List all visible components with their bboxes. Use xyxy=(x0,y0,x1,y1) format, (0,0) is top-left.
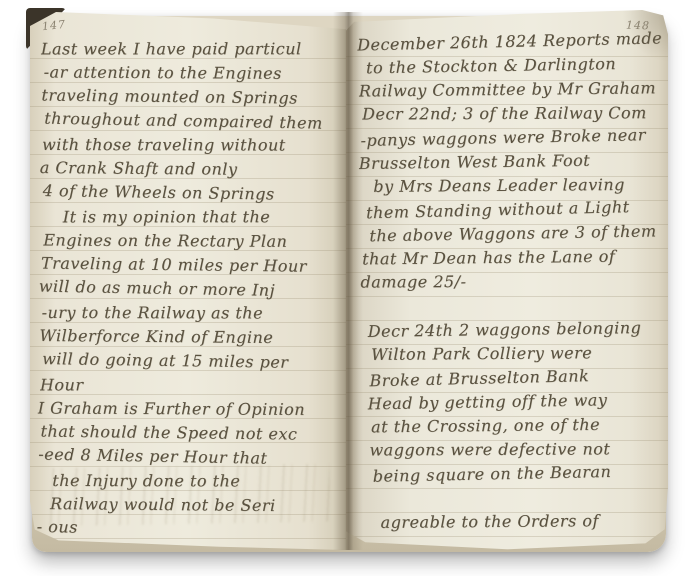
page-number-left: 147 xyxy=(41,18,66,33)
handwritten-line: a Crank Shaft and only xyxy=(40,156,343,183)
left-page: 147 Last week I have paid particul-ar at… xyxy=(30,12,346,550)
handwritten-line: Railway Committee by Mr Graham xyxy=(359,76,668,103)
handwritten-line: 4 of the Wheels on Springs xyxy=(42,179,345,208)
handwritten-line: will do as much or more Inj xyxy=(39,275,342,304)
handwritten-line: Wilberforce Kind of Engine xyxy=(39,324,342,351)
handwritten-line: agreable to the Orders of xyxy=(364,509,668,535)
handwritten-line: Last week I have paid particul xyxy=(41,37,344,61)
handwritten-line: Hour xyxy=(40,373,343,397)
handwritten-line: I Graham is Further of Opinion xyxy=(38,396,341,422)
page-number-right: 148 xyxy=(626,19,650,33)
ink-bleed-through xyxy=(40,463,331,526)
handwritten-line: will do going at 15 miles per xyxy=(42,347,345,376)
handwritten-line: -ury to the Railway as the xyxy=(42,301,345,326)
right-page-text: December 26th 1824 Reports made to the S… xyxy=(359,28,668,536)
photo-background: 147 Last week I have paid particul-ar at… xyxy=(0,0,700,576)
handwritten-line: that Mr Dean has the Lane of xyxy=(362,244,668,271)
handwritten-line: at the Crossing, one of the xyxy=(365,412,668,439)
handwritten-line: It is my opinion that the xyxy=(40,205,343,229)
handwritten-line: Brusselton West Bank Foot xyxy=(359,148,668,176)
handwritten-line: Decr 24th 2 waggons belonging xyxy=(362,316,668,344)
handwritten-line: with those traveling without xyxy=(42,133,345,158)
handwritten-line: -ar attention to the Engines xyxy=(44,60,346,86)
right-page: 148 December 26th 1824 Reports made to t… xyxy=(346,10,668,552)
handwritten-line xyxy=(365,484,668,512)
handwritten-line: throughout and compaired them xyxy=(44,107,346,136)
handwritten-line: waggons were defective not xyxy=(364,437,668,462)
handwritten-line: Engines on the Rectary Plan xyxy=(43,228,346,254)
